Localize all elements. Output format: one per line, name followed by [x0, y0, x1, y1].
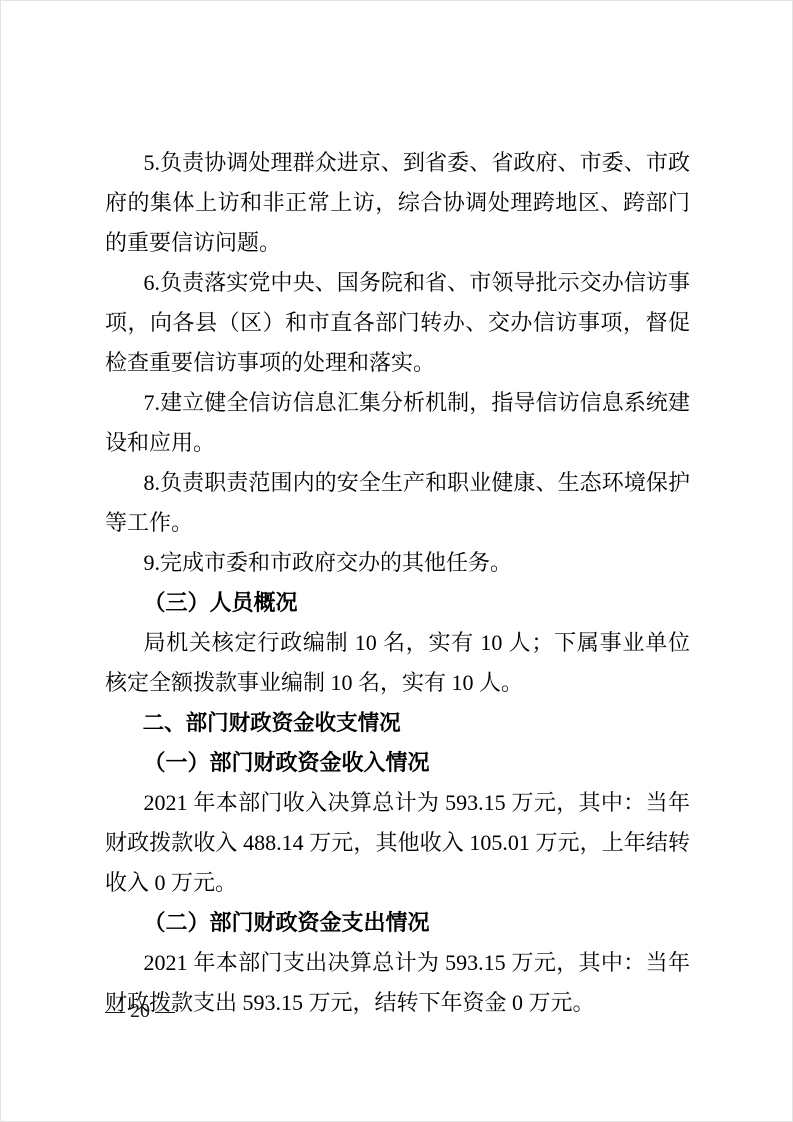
paragraph: 6.负责落实党中央、国务院和省、市领导批示交办信访事项，向各县（区）和市直各部门…: [105, 263, 690, 383]
paragraph: 2021 年本部门支出决算总计为 593.15 万元，其中：当年财政拨款支出 5…: [105, 943, 690, 1023]
section-heading: 二、部门财政资金收支情况: [105, 703, 690, 743]
page-number: — 20 —: [105, 997, 175, 1025]
section-heading: （三）人员概况: [105, 583, 690, 623]
paragraph: 5.负责协调处理群众进京、到省委、省政府、市委、市政府的集体上访和非正常上访，综…: [105, 143, 690, 263]
section-heading: （二）部门财政资金支出情况: [105, 903, 690, 943]
paragraph: 7.建立健全信访信息汇集分析机制，指导信访信息系统建设和应用。: [105, 383, 690, 463]
document-body: 5.负责协调处理群众进京、到省委、省政府、市委、市政府的集体上访和非正常上访，综…: [105, 143, 690, 1023]
paragraph: 局机关核定行政编制 10 名，实有 10 人；下属事业单位核定全额拨款事业编制 …: [105, 623, 690, 703]
paragraph: 8.负责职责范围内的安全生产和职业健康、生态环境保护等工作。: [105, 463, 690, 543]
paragraph: 2021 年本部门收入决算总计为 593.15 万元，其中：当年财政拨款收入 4…: [105, 783, 690, 903]
section-heading: （一）部门财政资金收入情况: [105, 743, 690, 783]
paragraph: 9.完成市委和市政府交办的其他任务。: [105, 543, 690, 583]
document-page: 5.负责协调处理群众进京、到省委、省政府、市委、市政府的集体上访和非正常上访，综…: [0, 0, 793, 1122]
